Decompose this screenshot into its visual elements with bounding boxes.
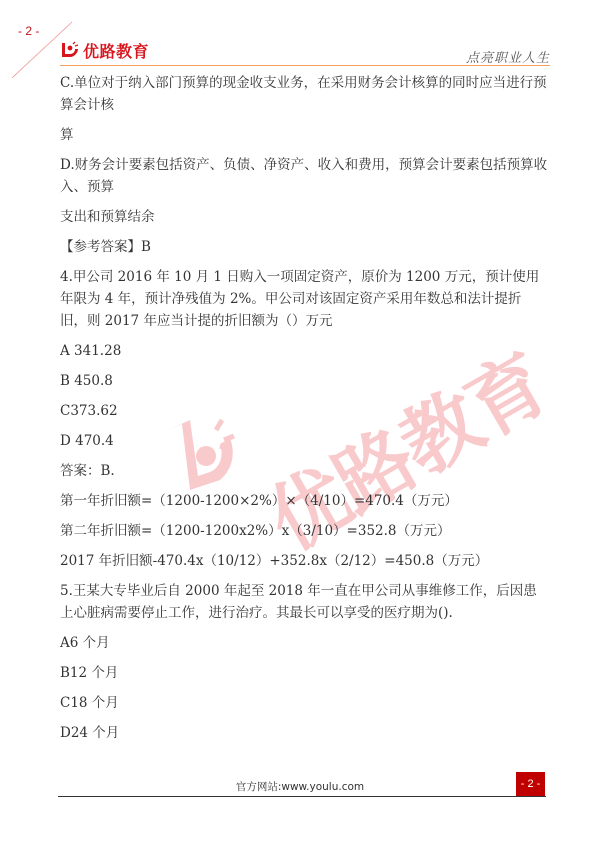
q4-option-b: B 450.8 [60,370,548,392]
option-c-line1: C.单位对于纳入部门预算的现金收支业务，在采用财务会计核算的同时应当进行预算会计… [60,72,548,116]
q4-calc-year1: 第一年折旧额=（1200-1200×2%）×（4/10）=470.4（万元） [60,490,548,512]
option-c-line2: 算 [60,124,548,146]
question-5: 5.王某大专毕业后自 2000 年起至 2018 年一直在甲公司从事维修工作，后… [60,580,548,624]
brand-logo: 优路教育 [60,40,149,60]
question-4: 4.甲公司 2016 年 10 月 1 日购入一项固定资产，原价为 1200 万… [60,266,548,332]
brand-name: 优路教育 [83,39,149,62]
reference-answer: 【参考答案】B [60,236,548,258]
q4-answer: 答案：B. [60,460,548,482]
footer-page-badge: - 2 - [516,772,545,796]
footer-website: 官方网站:www.youlu.com [0,779,600,794]
q4-calc-2017: 2017 年折旧额-470.4x（10/12）+352.8x（2/12）=450… [60,550,548,572]
header-divider [60,65,550,66]
logo-mark-icon [60,41,80,59]
document-body: C.单位对于纳入部门预算的现金收支业务，在采用财务会计核算的同时应当进行预算会计… [60,72,548,752]
q5-option-c: C18 个月 [60,692,548,714]
q4-calc-year2: 第二年折旧额=（1200-1200x2%）x（3/10）=352.8（万元） [60,520,548,542]
q5-option-a: A6 个月 [60,632,548,654]
q4-option-d: D 470.4 [60,430,548,452]
q4-option-c: C373.62 [60,400,548,422]
q5-option-d: D24 个月 [60,722,548,744]
option-d-line2: 支出和预算结余 [60,206,548,228]
q5-option-b: B12 个月 [60,662,548,684]
header-slogan: 点亮职业人生 [466,47,550,66]
footer-divider [58,796,546,797]
q4-option-a: A 341.28 [60,340,548,362]
option-d-line1: D.财务会计要素包括资产、负债、净资产、收入和费用，预算会计要素包括预算收入、预… [60,154,548,198]
